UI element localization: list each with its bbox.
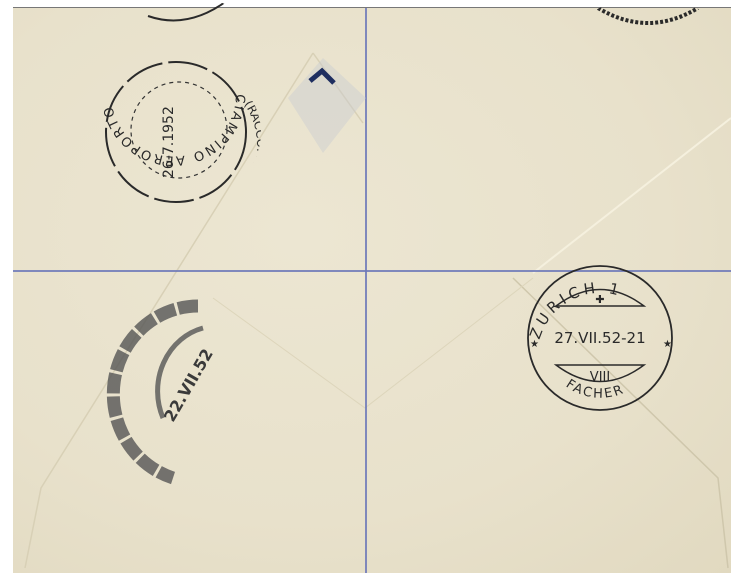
postmark-zurich: ZURICH 1 ✚ 27.VII.52-21 ★ ★ VIII FACHER xyxy=(518,263,683,413)
envelope-back: CIAMPINO AEROPORTO CIVILE (RACCOM.) 26-7… xyxy=(13,7,731,573)
star-icon: ★ xyxy=(663,339,672,350)
postmark-ciampino: CIAMPINO AEROPORTO CIVILE (RACCOM.) 26-7… xyxy=(91,60,261,205)
zurich-date: 27.VII.52-21 xyxy=(554,329,645,347)
blue-chevron-mark xyxy=(278,53,368,153)
postmark-top-right-partial xyxy=(593,0,703,30)
zurich-lower-band: VIII xyxy=(590,370,610,385)
ciampino-date: 26-7.1952 xyxy=(161,106,177,178)
postmark-partial: 22.VII.52 xyxy=(103,298,283,488)
swiss-cross-icon: ✚ xyxy=(595,293,604,306)
star-icon: ★ xyxy=(530,339,539,350)
